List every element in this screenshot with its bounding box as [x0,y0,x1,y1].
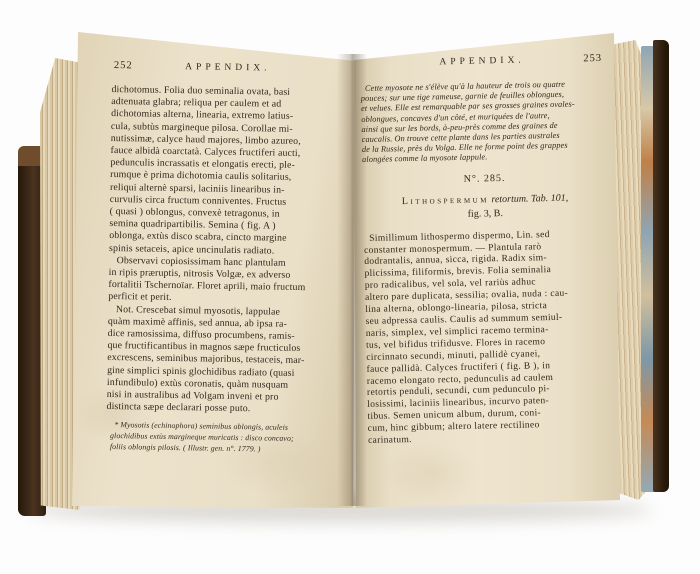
left-page-text: 252 APPENDIX. dichotomus. Folia duo semi… [106,60,344,456]
species-heading: Lithospermum retortum. Tab. 101, fig. 3,… [363,190,608,223]
right-page-body-text: Simillimum lithospermo dispermo, Lin. se… [364,228,612,447]
right-page-number: 253 [583,53,602,64]
species-heading-rest: retortum. Tab. 101, [489,192,568,205]
article-number: N°. 285. [362,170,606,186]
right-page-text: APPENDIX. 253 Cette myosote ne s'élève q… [360,53,612,448]
genus-name: Lithospermum [402,194,489,207]
left-running-title: APPENDIX. [112,61,344,75]
right-cover-board [653,40,669,492]
left-page-header: 252 APPENDIX. [112,60,344,78]
text-line: distincta sæpe declarari posse puto. [106,401,338,417]
french-summary-paragraph: Cette myosote ne s'élève qu'à la hauteur… [361,79,607,166]
left-page-footnote: * Myosotis (echinophora) seminibus oblon… [110,420,333,456]
left-page-body-text: dichotomus. Folia duo seminalia ovata, b… [106,84,343,417]
photo-backdrop: 252 APPENDIX. dichotomus. Folia duo semi… [0,0,700,574]
